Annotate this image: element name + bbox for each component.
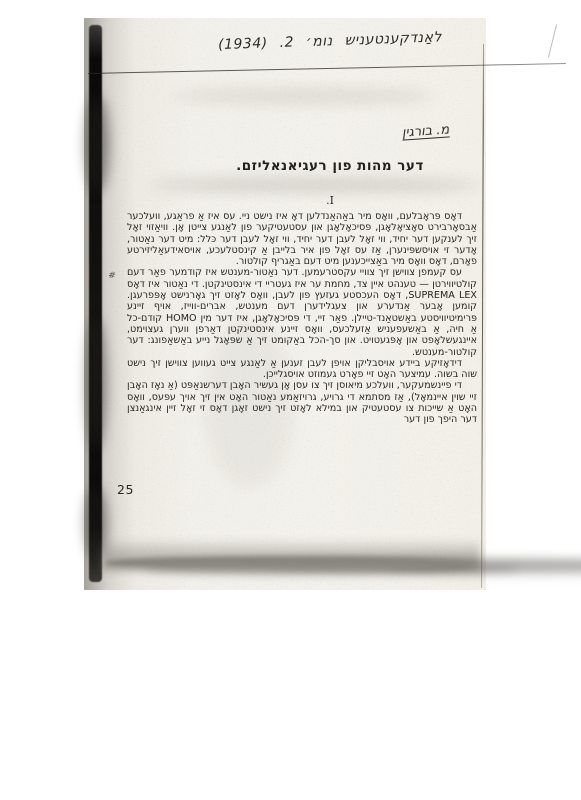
page-top-edge-line xyxy=(88,63,566,74)
page-corner-tick xyxy=(548,24,557,57)
section-numeral: I. xyxy=(154,194,506,207)
handwritten-name-annotation: מ. בורגין xyxy=(402,122,450,140)
article-paragraph: די פיינשמעקער, וועלכע מיאוסן זיך צו עסן … xyxy=(127,380,477,425)
article-paragraph: דאָס פּראָבלעם, וואָס מיר באַהאַנדלען דא… xyxy=(127,211,477,267)
photocopy-stain xyxy=(174,88,434,104)
scanned-page: לאַנדקענטעניש נומ׳ 2. (1934) מ. בורגין ד… xyxy=(84,18,486,590)
binding-ink-blob xyxy=(86,318,106,448)
bottom-smudge-line xyxy=(106,556,478,569)
scanned-document-canvas: לאַנדקענטעניש נומ׳ 2. (1934) מ. בורגין ד… xyxy=(0,0,581,800)
article-paragraph: דידאָזיקע ביידע אויסבליקן אויפן לעבן זענ… xyxy=(127,358,477,381)
binding-ink-blob xyxy=(85,96,109,192)
page-right-edge-line xyxy=(481,44,484,588)
article-title: דער מהות פון רעגיאנאליזם. xyxy=(154,158,506,174)
article-body: דאָס פּראָבלעם, וואָס מיר באַהאַנדלען דא… xyxy=(127,211,477,426)
photocopy-stain xyxy=(150,178,480,192)
page-number: 25 xyxy=(117,482,134,497)
article-paragraph: עס קעמפן צווישן זיך צוויי עקסטרעמען. דער… xyxy=(127,267,477,357)
handwritten-journal-annotation: לאַנדקענטעניש נומ׳ 2. (1934) xyxy=(230,29,442,52)
